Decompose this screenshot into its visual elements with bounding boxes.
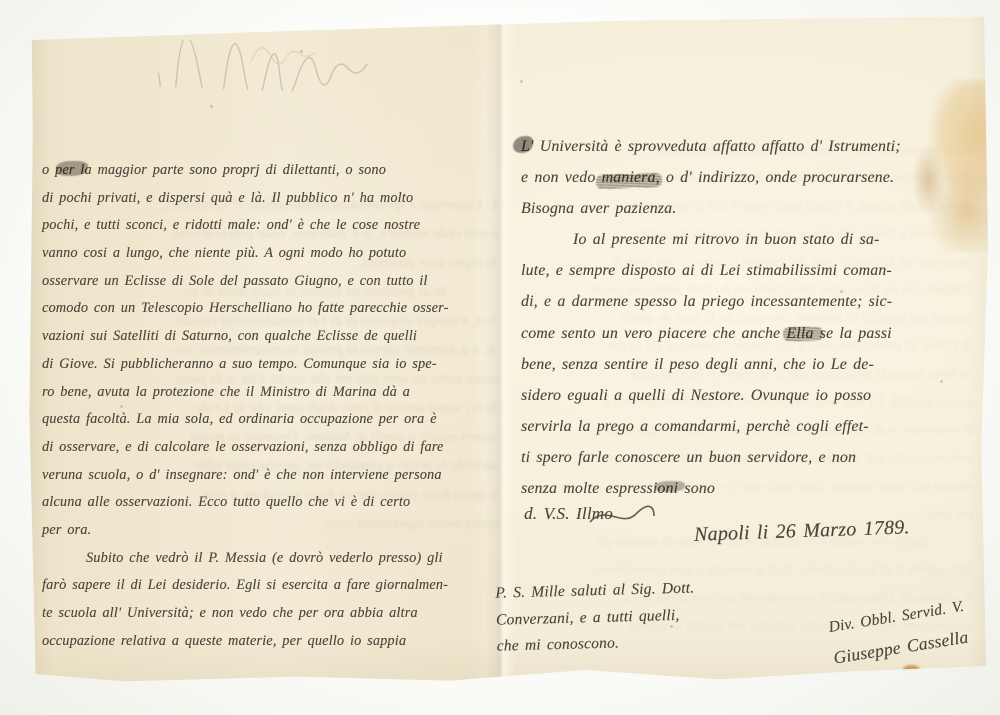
manuscript-line: vazioni sui Satelliti di Saturno, con qu… <box>42 323 510 351</box>
manuscript-line: Bisogna aver pazienza. <box>521 193 975 224</box>
paper-speck <box>300 50 303 53</box>
manuscript-line: o per la maggior parte sono proprj di di… <box>42 157 510 185</box>
signature-block: Div. Obbl. Servid. V. Giuseppe Cassella <box>826 584 1000 673</box>
manuscript-line: L' Università è sprovveduta affatto affa… <box>521 131 975 162</box>
paper-speck <box>210 105 213 108</box>
manuscript-line: pochi, e tutti sconci, e ridotti male: o… <box>42 212 510 240</box>
manuscript-line: comodo con un Telescopio Herschelliano h… <box>42 295 510 323</box>
postscript: P. S. Mille saluti al Sig. Dott. Converz… <box>495 575 696 660</box>
letter-bifolium-paper: L' Università è sprovveduta affatto affa… <box>28 14 988 682</box>
left-page-text: o per la maggior parte sono proprj di di… <box>42 157 510 655</box>
manuscript-line: per ora. <box>42 517 510 545</box>
manuscript-line: alcuna alle osservazioni. Ecco tutto que… <box>42 489 510 517</box>
ink-correction-overwrite <box>56 161 88 176</box>
photograph-of-letter: L' Università è sprovveduta affatto affa… <box>0 0 1000 715</box>
manuscript-line: farò sapere il di Lei desiderio. Egli si… <box>42 572 510 600</box>
postscript-line: che mi conoscono. <box>496 628 696 660</box>
manuscript-line: ro bene, avuta la protezione che il Mini… <box>42 379 510 407</box>
manuscript-line: questa facoltà. La mia sola, ed ordinari… <box>42 406 510 434</box>
manuscript-line: lute, e sempre disposto ai di Lei stimab… <box>521 255 975 286</box>
manuscript-line: Subito che vedrò il P. Messia (e dovrò v… <box>42 545 510 573</box>
pen-flourish <box>586 502 658 530</box>
manuscript-line: osservare un Eclisse di Sole del passato… <box>42 268 510 296</box>
manuscript-line: bene, senza sentire il peso degli anni, … <box>521 349 975 380</box>
postscript-line: Converzani, e a tutti quelli, <box>496 602 696 634</box>
dateline: Napoli li 26 Marzo 1789. <box>694 516 910 547</box>
manuscript-line: veruna scuola, o d' insegnare: ond' è ch… <box>42 462 510 490</box>
manuscript-line: Io al presente mi ritrovo in buon stato … <box>521 224 975 255</box>
manuscript-line: senza molte espressioni sono <box>521 473 975 504</box>
manuscript-line: come sento un vero piacere che anche Ell… <box>521 318 975 349</box>
faint-pencil-inscription <box>134 38 376 94</box>
right-page-text: L' Università è sprovveduta affatto affa… <box>521 131 975 504</box>
manuscript-line: occupazione relativa a queste materie, p… <box>42 628 510 656</box>
crossed-out-word <box>783 327 823 342</box>
manuscript-line: di, e a darmene spesso la priego incessa… <box>521 286 975 317</box>
manuscript-line: e non vedo maniera, o d' indirizzo, onde… <box>521 162 975 193</box>
ink-correction-overwrite <box>655 481 685 492</box>
paper-speck <box>520 80 523 83</box>
manuscript-line: te scuola all' Università; e non vedo ch… <box>42 600 510 628</box>
manuscript-line: sidero eguali a quelli di Nestore. Ovunq… <box>521 380 975 411</box>
small-stain <box>903 665 920 674</box>
manuscript-line: ti spero farle conoscere un buon servido… <box>521 442 975 473</box>
manuscript-line: servirla la prego a comandarmi, perchè c… <box>521 411 975 442</box>
crossed-out-word <box>596 173 662 189</box>
manuscript-line: di Giove. Si pubblicheranno a suo tempo.… <box>42 351 510 379</box>
manuscript-line: di osservare, e di calcolare le osservaz… <box>42 434 510 462</box>
manuscript-line: vanno cosi a lungo, che niente più. A og… <box>42 240 510 268</box>
manuscript-line: di pochi privati, e dispersi quà e là. I… <box>42 185 510 213</box>
